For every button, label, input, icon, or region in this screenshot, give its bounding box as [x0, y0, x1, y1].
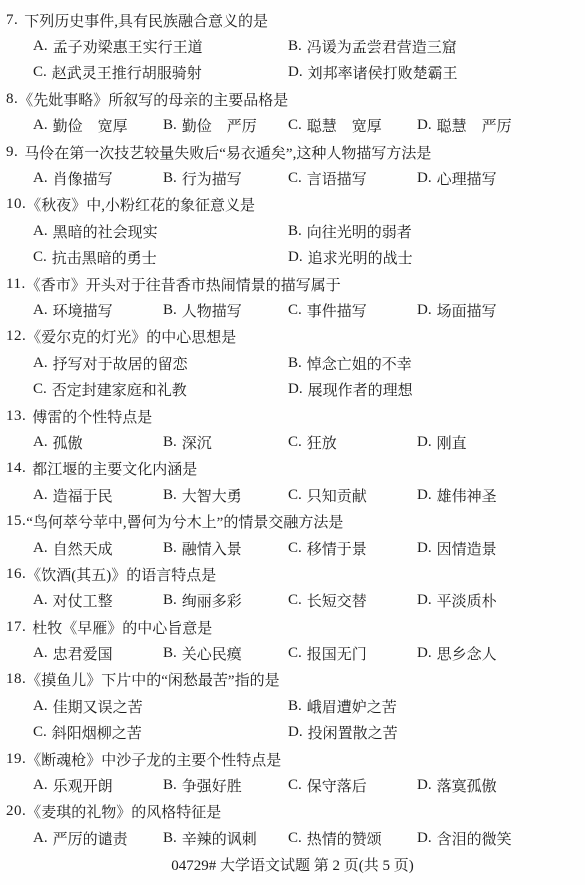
option-text: 乐观开朗	[53, 775, 113, 796]
option-text: 雄伟神圣	[437, 485, 497, 506]
option-text: 热情的赞颂	[307, 828, 382, 849]
option-text: 辛辣的讽刺	[182, 828, 257, 849]
option-D: D.平淡质朴	[417, 590, 585, 611]
option-A: A.孤傲	[33, 432, 163, 453]
option-A: A.抒写对于故居的留恋	[33, 353, 288, 374]
option-B: B.辛辣的讽刺	[163, 828, 288, 849]
option-label: B.	[163, 170, 177, 187]
option-label: A.	[33, 117, 48, 134]
option-C: C.长短交替	[288, 590, 417, 611]
options-row: A.黑暗的社会现实B.向往光明的弱者	[0, 218, 585, 244]
option-text: 向往光明的弱者	[307, 221, 412, 242]
option-C: C.热情的赞颂	[288, 828, 417, 849]
question-stem: 14.都江堰的主要文化内涵是	[0, 456, 585, 482]
option-label: B.	[163, 487, 177, 504]
option-text: 悼念亡姐的不幸	[307, 353, 412, 374]
option-label: C.	[288, 592, 302, 609]
option-D: D.思乡念人	[417, 643, 585, 664]
option-label: C.	[288, 645, 302, 662]
question-stem: 20.《麦琪的礼物》的风格特征是	[0, 799, 585, 825]
option-C: C.抗击黑暗的勇士	[33, 247, 288, 268]
option-B: B.大智大勇	[163, 485, 288, 506]
option-text: 心理描写	[437, 168, 497, 189]
option-label: B.	[163, 777, 177, 794]
option-text: 场面描写	[437, 300, 497, 321]
option-A: A.对仗工整	[33, 590, 163, 611]
question-number: 18.	[6, 671, 26, 688]
option-D: D.刚直	[417, 432, 585, 453]
option-text: 关心民瘼	[182, 643, 242, 664]
option-text: 深沉	[182, 432, 212, 453]
options-row: A.造福于民B.大智大勇C.只知贡献D.雄伟神圣	[0, 482, 585, 508]
option-text: 保守落后	[307, 775, 367, 796]
options-row: A.孟子劝梁惠王实行王道B.冯谖为孟尝君营造三窟	[0, 33, 585, 59]
option-B: B.行为描写	[163, 168, 288, 189]
option-D: D.心理描写	[417, 168, 585, 189]
option-text: 赵武灵王推行胡服骑射	[52, 62, 202, 83]
option-text: 造福于民	[53, 485, 113, 506]
question-text: “鸟何萃兮苹中,罾何为兮木上”的情景交融方法是	[26, 511, 343, 532]
question-number: 8.	[6, 91, 18, 108]
option-text: 自然天成	[53, 538, 113, 559]
options-row: C.赵武灵王推行胡服骑射D.刘邦率诸侯打败楚霸王	[0, 60, 585, 86]
options-row: A.环境描写B.人物描写C.事件描写D.场面描写	[0, 297, 585, 323]
option-D: D.场面描写	[417, 300, 585, 321]
question-stem: 15.“鸟何萃兮苹中,罾何为兮木上”的情景交融方法是	[0, 508, 585, 534]
option-label: B.	[163, 592, 177, 609]
question-text: 马伶在第一次技艺较量失败后“易衣遁矣”,这种人物描写方法是	[24, 142, 431, 163]
option-label: C.	[33, 64, 47, 81]
question-number: 15.	[6, 513, 26, 530]
option-text: 黑暗的社会现实	[53, 221, 158, 242]
option-text: 落寞孤傲	[437, 775, 497, 796]
question-text: 都江堰的主要文化内涵是	[32, 458, 197, 479]
question-text: 《麦琪的礼物》的风格特征是	[26, 801, 221, 822]
option-label: B.	[288, 38, 302, 55]
option-C: C.狂放	[288, 432, 417, 453]
options-row: A.自然天成B.融情入景C.移情于景D.因情造景	[0, 535, 585, 561]
option-label: A.	[33, 698, 48, 715]
option-label: D.	[288, 64, 303, 81]
options-row: A.对仗工整B.绚丽多彩C.长短交替D.平淡质朴	[0, 588, 585, 614]
option-label: C.	[33, 724, 47, 741]
question-number: 9.	[6, 144, 18, 161]
option-text: 环境描写	[53, 300, 113, 321]
option-label: A.	[33, 592, 48, 609]
option-text: 刘邦率诸侯打败楚霸王	[308, 62, 458, 83]
option-D: D.追求光明的战士	[288, 247, 585, 268]
option-text: 峨眉遭妒之苦	[307, 696, 397, 717]
option-label: C.	[288, 170, 302, 187]
option-text: 孤傲	[53, 432, 83, 453]
question-text: 《摸鱼儿》下片中的“闲愁最苦”指的是	[26, 669, 279, 690]
option-D: D.雄伟神圣	[417, 485, 585, 506]
option-C: C.报国无门	[288, 643, 417, 664]
option-label: D.	[417, 645, 432, 662]
option-C: C.事件描写	[288, 300, 417, 321]
option-B: B.勤俭 严厉	[163, 115, 288, 136]
option-A: A.肖像描写	[33, 168, 163, 189]
question-text: 《秋夜》中,小粉红花的象征意义是	[26, 194, 255, 215]
option-label: D.	[417, 434, 432, 451]
option-label: A.	[33, 170, 48, 187]
option-A: A.环境描写	[33, 300, 163, 321]
option-B: B.人物描写	[163, 300, 288, 321]
question-number: 10.	[6, 196, 26, 213]
option-label: B.	[163, 830, 177, 847]
option-text: 移情于景	[307, 538, 367, 559]
options-row: A.孤傲B.深沉C.狂放D.刚直	[0, 429, 585, 455]
option-A: A.忠君爱国	[33, 643, 163, 664]
option-label: D.	[417, 777, 432, 794]
question-number: 16.	[6, 566, 26, 583]
option-label: D.	[417, 302, 432, 319]
question-stem: 12.《爱尔克的灯光》的中心思想是	[0, 324, 585, 350]
option-C: C.否定封建家庭和礼教	[33, 379, 288, 400]
question-number: 20.	[6, 803, 26, 820]
question-stem: 9.马伶在第一次技艺较量失败后“易衣遁矣”,这种人物描写方法是	[0, 139, 585, 165]
option-text: 因情造景	[437, 538, 497, 559]
option-text: 对仗工整	[53, 590, 113, 611]
option-text: 肖像描写	[53, 168, 113, 189]
option-label: A.	[33, 38, 48, 55]
option-label: C.	[288, 540, 302, 557]
question-stem: 17.杜牧《早雁》的中心旨意是	[0, 614, 585, 640]
option-label: B.	[163, 540, 177, 557]
option-label: A.	[33, 434, 48, 451]
option-label: B.	[163, 434, 177, 451]
options-row: A.佳期又误之苦B.峨眉遭妒之苦	[0, 693, 585, 719]
question-text: 杜牧《早雁》的中心旨意是	[32, 617, 212, 638]
option-text: 大智大勇	[182, 485, 242, 506]
options-row: C.否定封建家庭和礼教D.展现作者的理想	[0, 376, 585, 402]
option-label: D.	[288, 381, 303, 398]
question-stem: 16.《饮酒(其五)》的语言特点是	[0, 561, 585, 587]
option-B: B.冯谖为孟尝君营造三窟	[288, 36, 585, 57]
option-text: 孟子劝梁惠王实行王道	[53, 36, 203, 57]
option-text: 否定封建家庭和礼教	[52, 379, 187, 400]
option-B: B.绚丽多彩	[163, 590, 288, 611]
question-stem: 18.《摸鱼儿》下片中的“闲愁最苦”指的是	[0, 667, 585, 693]
option-C: C.保守落后	[288, 775, 417, 796]
options-row: A.肖像描写B.行为描写C.言语描写D.心理描写	[0, 165, 585, 191]
option-label: C.	[288, 117, 302, 134]
option-label: A.	[33, 355, 48, 372]
question-stem: 11.《香市》开头对于往昔香市热闹情景的描写属于	[0, 271, 585, 297]
option-B: B.峨眉遭妒之苦	[288, 696, 585, 717]
question-stem: 19.《断魂枪》中沙子龙的主要个性特点是	[0, 746, 585, 772]
option-text: 行为描写	[182, 168, 242, 189]
option-C: C.移情于景	[288, 538, 417, 559]
question-text: 下列历史事件,具有民族融合意义的是	[24, 10, 268, 31]
option-D: D.刘邦率诸侯打败楚霸王	[288, 62, 585, 83]
option-label: D.	[417, 830, 432, 847]
option-label: C.	[33, 249, 47, 266]
option-D: D.因情造景	[417, 538, 585, 559]
page-footer: 04729# 大学语文试题 第 2 页(共 5 页)	[0, 852, 585, 878]
option-text: 投闲置散之苦	[308, 722, 398, 743]
option-A: A.乐观开朗	[33, 775, 163, 796]
option-label: A.	[33, 830, 48, 847]
option-B: B.向往光明的弱者	[288, 221, 585, 242]
option-text: 只知贡献	[307, 485, 367, 506]
option-label: D.	[417, 117, 432, 134]
option-text: 抒写对于故居的留恋	[53, 353, 188, 374]
question-stem: 7.下列历史事件,具有民族融合意义的是	[0, 7, 585, 33]
option-C: C.言语描写	[288, 168, 417, 189]
question-stem: 8.《先妣事略》所叙写的母亲的主要品格是	[0, 86, 585, 112]
option-text: 思乡念人	[437, 643, 497, 664]
option-text: 聪慧 宽厚	[307, 115, 382, 136]
option-B: B.融情入景	[163, 538, 288, 559]
option-label: B.	[288, 698, 302, 715]
option-label: B.	[288, 355, 302, 372]
question-number: 17.	[6, 619, 26, 636]
option-label: A.	[33, 777, 48, 794]
option-label: C.	[288, 487, 302, 504]
option-text: 勤俭 宽厚	[53, 115, 128, 136]
option-D: D.聪慧 严厉	[417, 115, 585, 136]
question-number: 14.	[6, 460, 26, 477]
option-text: 刚直	[437, 432, 467, 453]
option-label: C.	[288, 777, 302, 794]
question-number: 13.	[6, 408, 26, 425]
option-label: D.	[288, 249, 303, 266]
question-text: 《香市》开头对于往昔香市热闹情景的描写属于	[26, 274, 341, 295]
option-label: A.	[33, 540, 48, 557]
option-C: C.聪慧 宽厚	[288, 115, 417, 136]
options-row: A.勤俭 宽厚B.勤俭 严厉C.聪慧 宽厚D.聪慧 严厉	[0, 113, 585, 139]
option-text: 狂放	[307, 432, 337, 453]
option-A: A.孟子劝梁惠王实行王道	[33, 36, 288, 57]
option-label: B.	[163, 645, 177, 662]
question-number: 12.	[6, 328, 26, 345]
option-text: 严厉的谴责	[53, 828, 128, 849]
option-label: C.	[288, 302, 302, 319]
option-C: C.赵武灵王推行胡服骑射	[33, 62, 288, 83]
question-number: 11.	[6, 276, 26, 293]
option-A: A.黑暗的社会现实	[33, 221, 288, 242]
option-text: 人物描写	[182, 300, 242, 321]
option-label: A.	[33, 645, 48, 662]
option-text: 绚丽多彩	[182, 590, 242, 611]
option-label: D.	[417, 592, 432, 609]
option-label: A.	[33, 302, 48, 319]
option-label: B.	[163, 117, 177, 134]
option-D: D.展现作者的理想	[288, 379, 585, 400]
option-A: A.勤俭 宽厚	[33, 115, 163, 136]
option-text: 平淡质朴	[437, 590, 497, 611]
option-text: 忠君爱国	[53, 643, 113, 664]
option-C: C.斜阳烟柳之苦	[33, 722, 288, 743]
option-text: 报国无门	[307, 643, 367, 664]
options-row: A.抒写对于故居的留恋B.悼念亡姐的不幸	[0, 350, 585, 376]
option-label: D.	[288, 724, 303, 741]
question-text: 《爱尔克的灯光》的中心思想是	[26, 326, 236, 347]
option-D: D.落寞孤傲	[417, 775, 585, 796]
option-text: 佳期又误之苦	[53, 696, 143, 717]
options-row: C.抗击黑暗的勇士D.追求光明的战士	[0, 245, 585, 271]
option-text: 勤俭 严厉	[182, 115, 257, 136]
option-label: B.	[163, 302, 177, 319]
question-text: 《饮酒(其五)》的语言特点是	[26, 564, 216, 585]
option-text: 抗击黑暗的勇士	[52, 247, 157, 268]
question-number: 7.	[6, 12, 18, 29]
option-text: 长短交替	[307, 590, 367, 611]
option-A: A.自然天成	[33, 538, 163, 559]
option-text: 展现作者的理想	[308, 379, 413, 400]
option-text: 言语描写	[307, 168, 367, 189]
option-B: B.深沉	[163, 432, 288, 453]
question-number: 19.	[6, 751, 26, 768]
option-label: D.	[417, 540, 432, 557]
question-stem: 10.《秋夜》中,小粉红花的象征意义是	[0, 192, 585, 218]
option-text: 含泪的微笑	[437, 828, 512, 849]
option-text: 聪慧 严厉	[437, 115, 512, 136]
option-text: 争强好胜	[182, 775, 242, 796]
options-row: A.乐观开朗B.争强好胜C.保守落后D.落寞孤傲	[0, 772, 585, 798]
question-text: 傅雷的个性特点是	[32, 406, 152, 427]
question-stem: 13.傅雷的个性特点是	[0, 403, 585, 429]
option-label: C.	[288, 434, 302, 451]
option-A: A.佳期又误之苦	[33, 696, 288, 717]
option-label: C.	[33, 381, 47, 398]
option-text: 融情入景	[182, 538, 242, 559]
options-row: A.严厉的谴责B.辛辣的讽刺C.热情的赞颂D.含泪的微笑	[0, 825, 585, 851]
exam-page: 7.下列历史事件,具有民族融合意义的是A.孟子劝梁惠王实行王道B.冯谖为孟尝君营…	[0, 0, 585, 885]
option-text: 斜阳烟柳之苦	[52, 722, 142, 743]
question-text: 《断魂枪》中沙子龙的主要个性特点是	[26, 749, 281, 770]
options-row: C.斜阳烟柳之苦D.投闲置散之苦	[0, 720, 585, 746]
option-text: 事件描写	[307, 300, 367, 321]
option-label: B.	[288, 223, 302, 240]
question-text: 《先妣事略》所叙写的母亲的主要品格是	[18, 89, 288, 110]
option-text: 追求光明的战士	[308, 247, 413, 268]
option-label: A.	[33, 223, 48, 240]
options-row: A.忠君爱国B.关心民瘼C.报国无门D.思乡念人	[0, 640, 585, 666]
option-A: A.造福于民	[33, 485, 163, 506]
option-label: C.	[288, 830, 302, 847]
option-label: D.	[417, 487, 432, 504]
option-A: A.严厉的谴责	[33, 828, 163, 849]
option-D: D.含泪的微笑	[417, 828, 585, 849]
option-label: D.	[417, 170, 432, 187]
option-C: C.只知贡献	[288, 485, 417, 506]
option-label: A.	[33, 487, 48, 504]
option-B: B.关心民瘼	[163, 643, 288, 664]
option-B: B.悼念亡姐的不幸	[288, 353, 585, 374]
option-B: B.争强好胜	[163, 775, 288, 796]
option-D: D.投闲置散之苦	[288, 722, 585, 743]
option-text: 冯谖为孟尝君营造三窟	[307, 36, 457, 57]
